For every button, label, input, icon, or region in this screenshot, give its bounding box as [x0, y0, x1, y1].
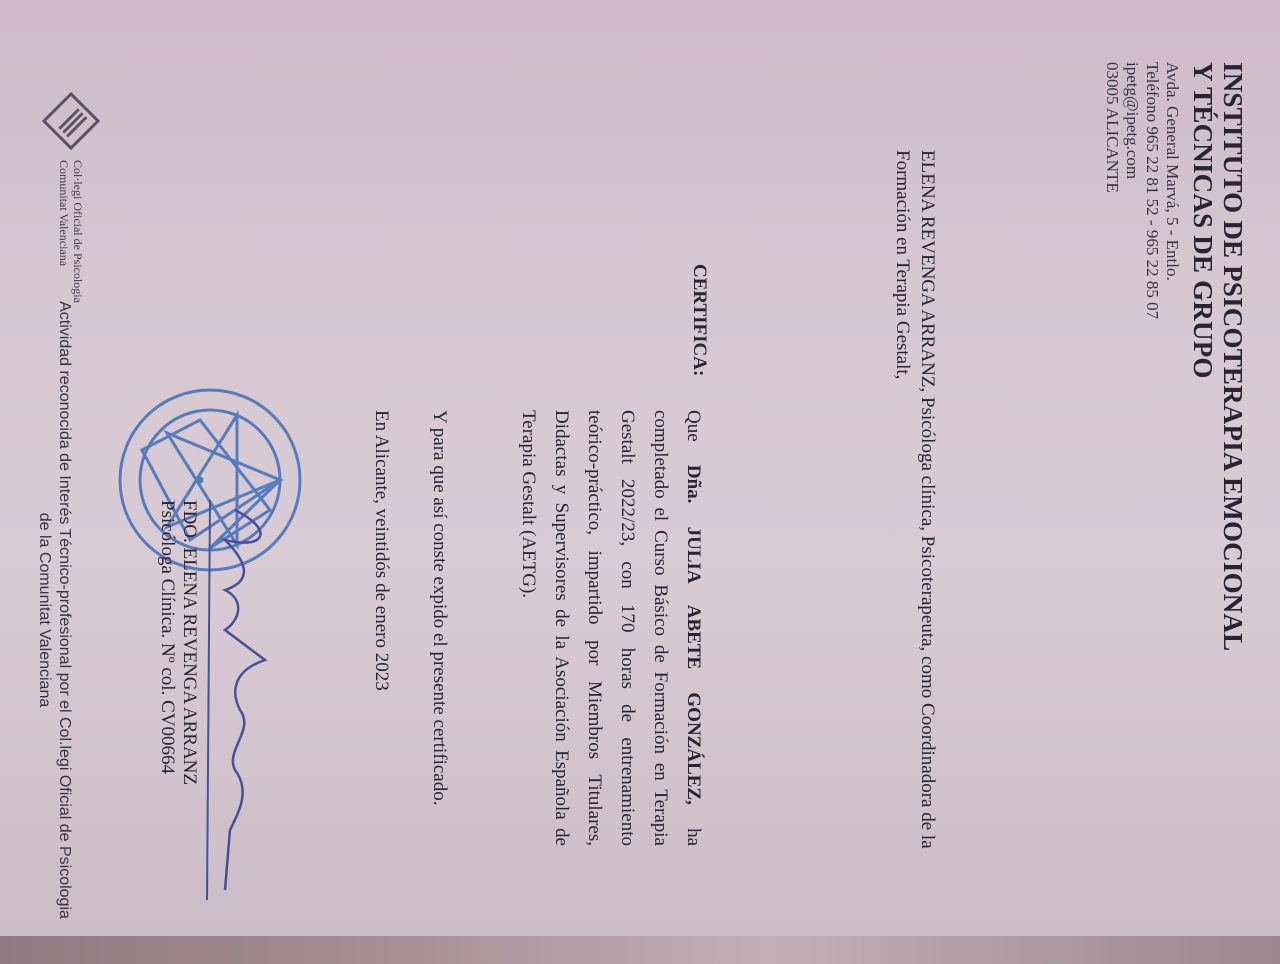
logo-line2: Comunitat Valenciana	[57, 160, 71, 303]
certificate-page: INSTITUTO DE PSICOTERAPIA EMOCIONAL Y TÉ…	[0, 0, 1280, 936]
closing-line: Y para que así conste expido el presente…	[428, 410, 450, 805]
copcv-logo: Col·legi Oficial de Psicologia Comunitat…	[42, 92, 100, 303]
logo-line1: Col·legi Oficial de Psicologia	[71, 160, 85, 303]
institute-email: ipetg@ipetg.com	[1122, 62, 1142, 651]
body-text: ha completado el Curso Básico de Formaci…	[518, 410, 704, 846]
certifica-label: CERTIFICA:	[688, 264, 710, 376]
institute-header: INSTITUTO DE PSICOTERAPIA EMOCIONAL Y TÉ…	[1102, 62, 1248, 651]
institute-city: 03005 ALICANTE	[1102, 62, 1122, 651]
signatory-block: FDO. ELENA REVENGA ARRANZ Psicóloga Clín…	[156, 500, 200, 785]
copcv-diamond-logo-icon	[42, 92, 100, 150]
signatory-name: FDO. ELENA REVENGA ARRANZ	[178, 500, 200, 785]
footer-recognition-note: Actividad reconocida de Interés Técnico-…	[34, 300, 74, 920]
institute-title-line2: Y TÉCNICAS DE GRUPO	[1188, 62, 1218, 651]
signatory-title: Psicóloga Clínica. Nº col. CV00664	[156, 500, 178, 785]
institute-phone: Teléfono 965 22 81 52 - 965 22 85 07	[1142, 62, 1162, 651]
institute-address: Avda. General Marvá, 5 - Entlo.	[1162, 62, 1182, 651]
issue-date: En Alicante, veintidós de enero 2023	[370, 410, 392, 691]
institute-title-line1: INSTITUTO DE PSICOTERAPIA EMOCIONAL	[1218, 62, 1248, 651]
body-prefix: Que	[683, 410, 704, 465]
certificate-body: Que Dña. JULIA ABETE GONZÁLEZ, ha comple…	[512, 410, 710, 846]
recipient-name: Dña. JULIA ABETE GONZÁLEZ,	[683, 465, 704, 805]
signature-icon	[195, 500, 295, 900]
intro-paragraph: ELENA REVENGA ARRANZ, Psicóloga clínica,…	[890, 150, 940, 910]
